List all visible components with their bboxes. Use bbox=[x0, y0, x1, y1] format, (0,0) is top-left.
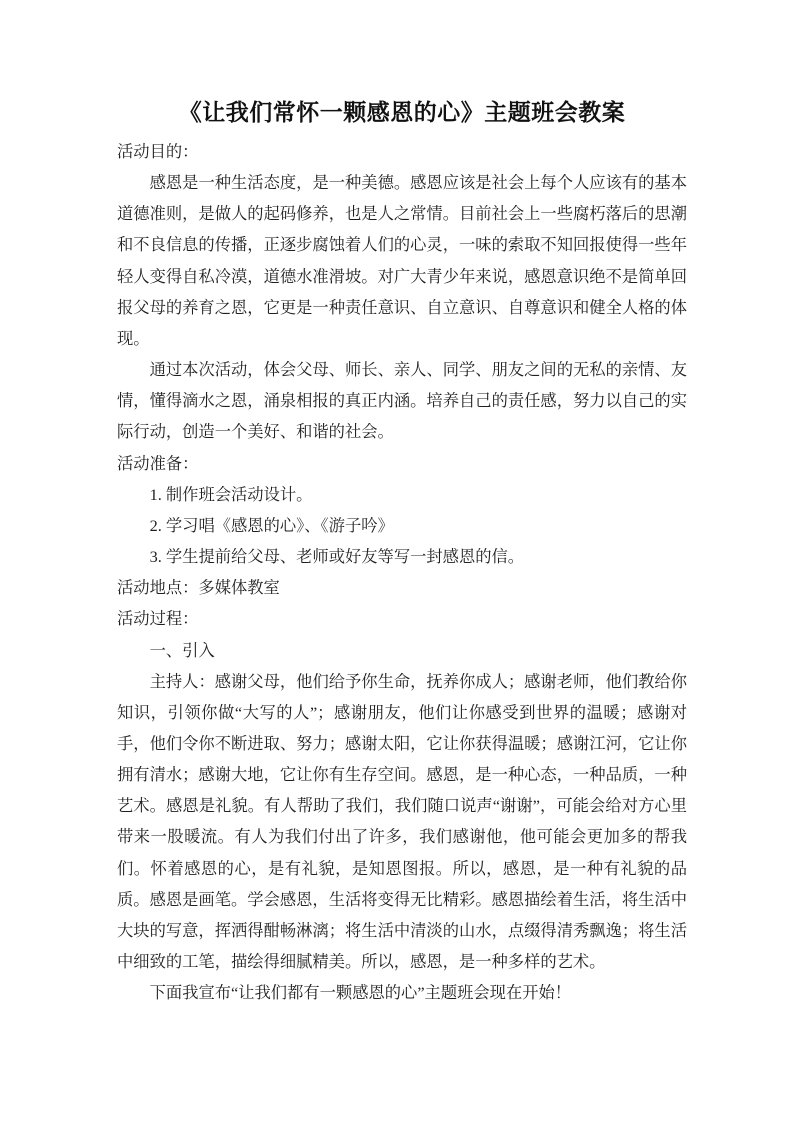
list-item-1-design: 1. 制作班会活动设计。 bbox=[117, 479, 687, 510]
label-activity-preparation: 活动准备： bbox=[117, 448, 687, 479]
paragraph-activity-goal: 通过本次活动，体会父母、师长、亲人、同学、朋友之间的无私的亲情、友情，懂得滴水之… bbox=[117, 354, 687, 447]
document-title: 《让我们常怀一颗感恩的心》主题班会教案 bbox=[117, 94, 687, 131]
document-body: 《让我们常怀一颗感恩的心》主题班会教案 活动目的： 感恩是一种生活态度，是一种美… bbox=[117, 94, 687, 1008]
list-item-2-songs: 2. 学习唱《感恩的心》、《游子吟》 bbox=[117, 510, 687, 541]
paragraph-opening-announcement: 下面我宣布“让我们都有一颗感恩的心”主题班会现在开始！ bbox=[117, 977, 687, 1008]
list-item-3-letter: 3. 学生提前给父母、老师或好友等写一封感恩的信。 bbox=[117, 541, 687, 572]
label-activity-purpose: 活动目的： bbox=[117, 136, 687, 167]
label-activity-location: 活动地点：多媒体教室 bbox=[117, 572, 687, 603]
sub-heading-introduction: 一、引入 bbox=[117, 635, 687, 666]
paragraph-host-speech: 主持人：感谢父母，他们给予你生命，抚养你成人；感谢老师，他们教给你知识，引领你做… bbox=[117, 666, 687, 978]
label-activity-process: 活动过程： bbox=[117, 603, 687, 634]
paragraph-gratitude-intro: 感恩是一种生活态度，是一种美德。感恩应该是社会上每个人应该有的基本道德准则，是做… bbox=[117, 167, 687, 354]
document-page: 《让我们常怀一颗感恩的心》主题班会教案 活动目的： 感恩是一种生活态度，是一种美… bbox=[0, 0, 793, 1122]
